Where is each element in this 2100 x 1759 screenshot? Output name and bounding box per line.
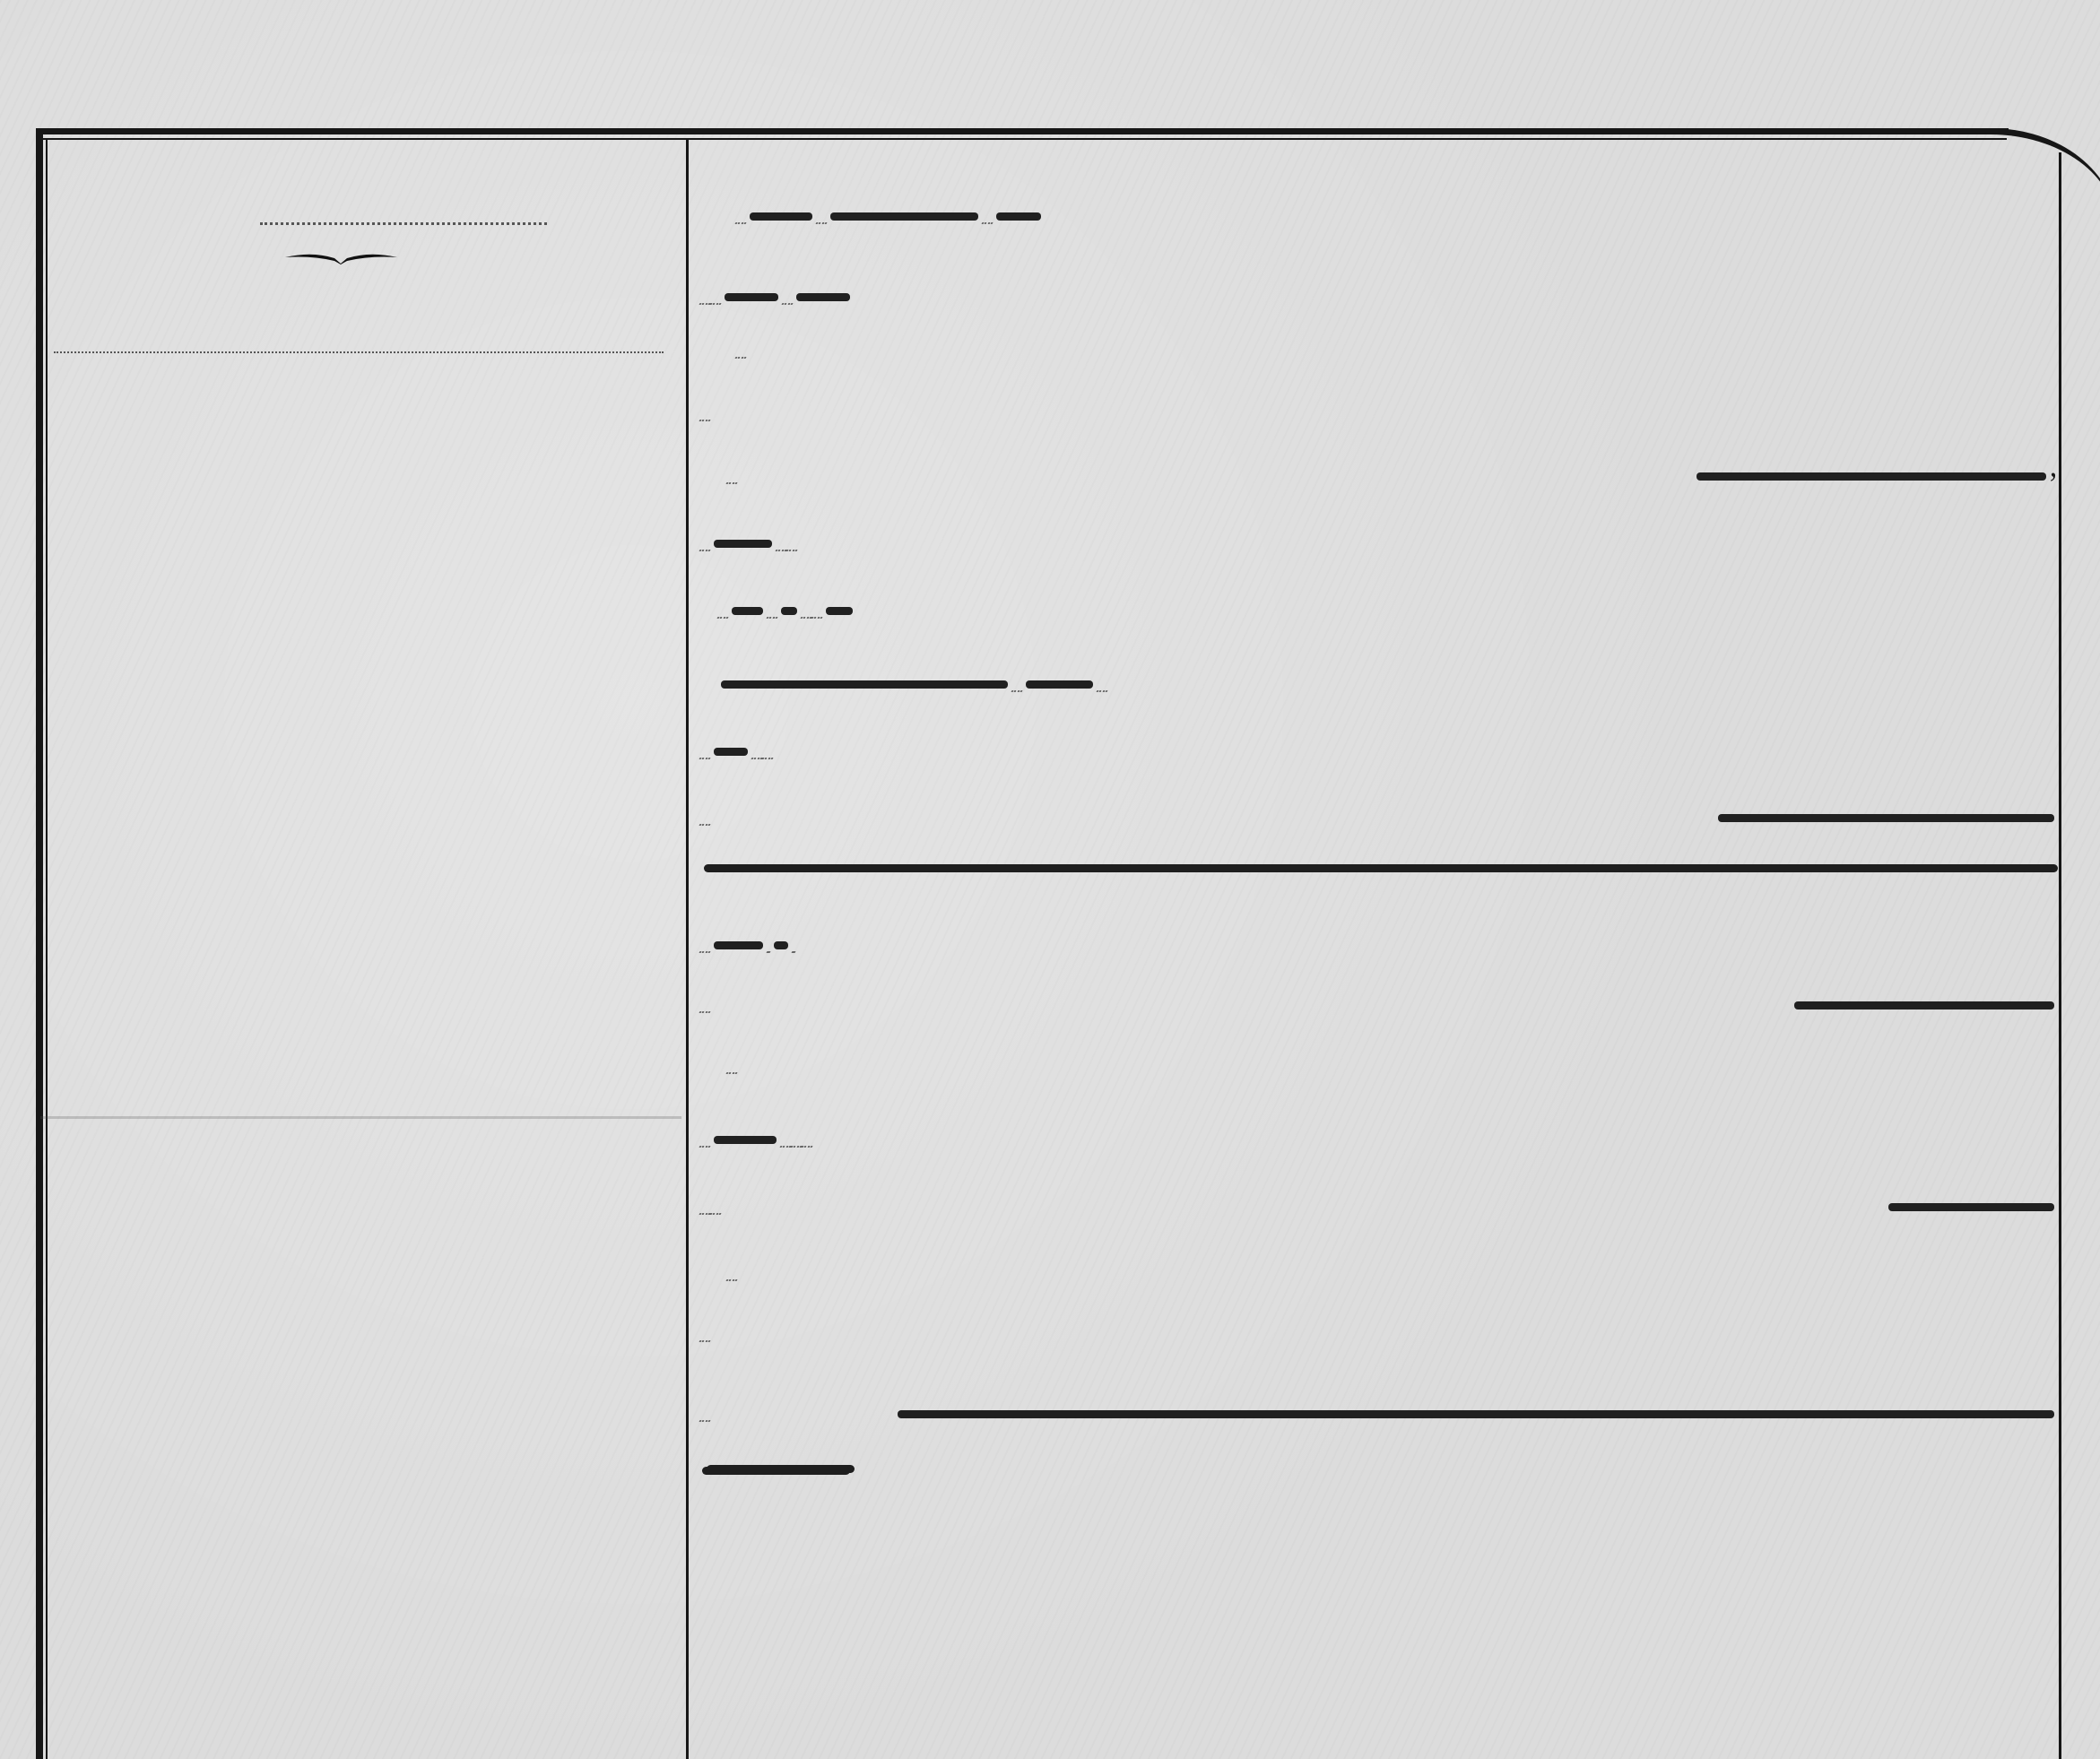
handwritten-mother-status [699, 824, 711, 826]
record-line-9 [699, 706, 2058, 759]
frame-right-border [2059, 152, 2061, 1759]
handwritten-fragment [792, 951, 796, 953]
handwritten-witness-2-occupation [710, 1213, 722, 1215]
record-line-5: , [699, 430, 2058, 484]
record-line-6 [699, 498, 2058, 551]
record-line-2 [699, 251, 2058, 305]
record-line-3 [699, 305, 2094, 359]
record-line-4 [699, 368, 2058, 421]
frame-top-inner-border [43, 138, 2007, 140]
handwritten-declarant-occupation [786, 550, 798, 551]
handwritten-witness-1 [726, 1072, 738, 1074]
handwritten-declarant [699, 550, 711, 551]
handwritten-delegation [699, 420, 711, 421]
record-line-7 [699, 565, 2058, 619]
surname-dotted-line [54, 351, 664, 353]
handwritten-street [699, 758, 711, 759]
column-divider [686, 139, 689, 1759]
handwritten-closing-1 [726, 1279, 738, 1281]
record-line-10 [699, 772, 2058, 826]
handwritten-residence [717, 617, 729, 619]
frame-left-inner-border [46, 139, 48, 1759]
handwritten-month [982, 222, 994, 224]
record-line-12 [699, 899, 2058, 953]
handwritten-day [816, 222, 828, 224]
handwritten-closing-3 [699, 1420, 711, 1422]
numero-dotted-line [260, 222, 547, 225]
record-line-1 [699, 170, 2094, 224]
ornament-icon [285, 253, 397, 265]
record-line-18 [699, 1288, 2058, 1342]
frame-top-border [36, 128, 2009, 134]
blank-rule [704, 864, 2058, 872]
record-line-16 [699, 1161, 2058, 1215]
record-line-15 [699, 1094, 2058, 1148]
handwritten-year [735, 222, 747, 224]
handwritten-birth-hour [811, 617, 823, 619]
handwritten-comune [726, 482, 738, 484]
record-line-13 [699, 959, 2058, 1013]
handwritten-closing-2 [699, 1340, 711, 1342]
record-line-8 [699, 638, 2058, 692]
record-line-17 [699, 1227, 2085, 1281]
handwritten-witness-2 [802, 1146, 813, 1148]
record-line-14 [699, 1020, 2085, 1074]
handwritten-fragment [767, 951, 771, 953]
handwritten-sex [699, 951, 711, 953]
handwritten-birth-day [1011, 690, 1023, 692]
record-line-19 [699, 1368, 2058, 1422]
handwritten-witness-1-cont [699, 1146, 711, 1148]
handwritten-child-name-note [699, 1011, 711, 1013]
bleed-through-rule [40, 1116, 681, 1119]
handwritten-current [1097, 690, 1108, 692]
handwritten-article [767, 617, 778, 619]
handwritten-mother [762, 758, 774, 759]
handwritten-officer [735, 357, 747, 359]
frame-left-border [36, 128, 43, 1759]
